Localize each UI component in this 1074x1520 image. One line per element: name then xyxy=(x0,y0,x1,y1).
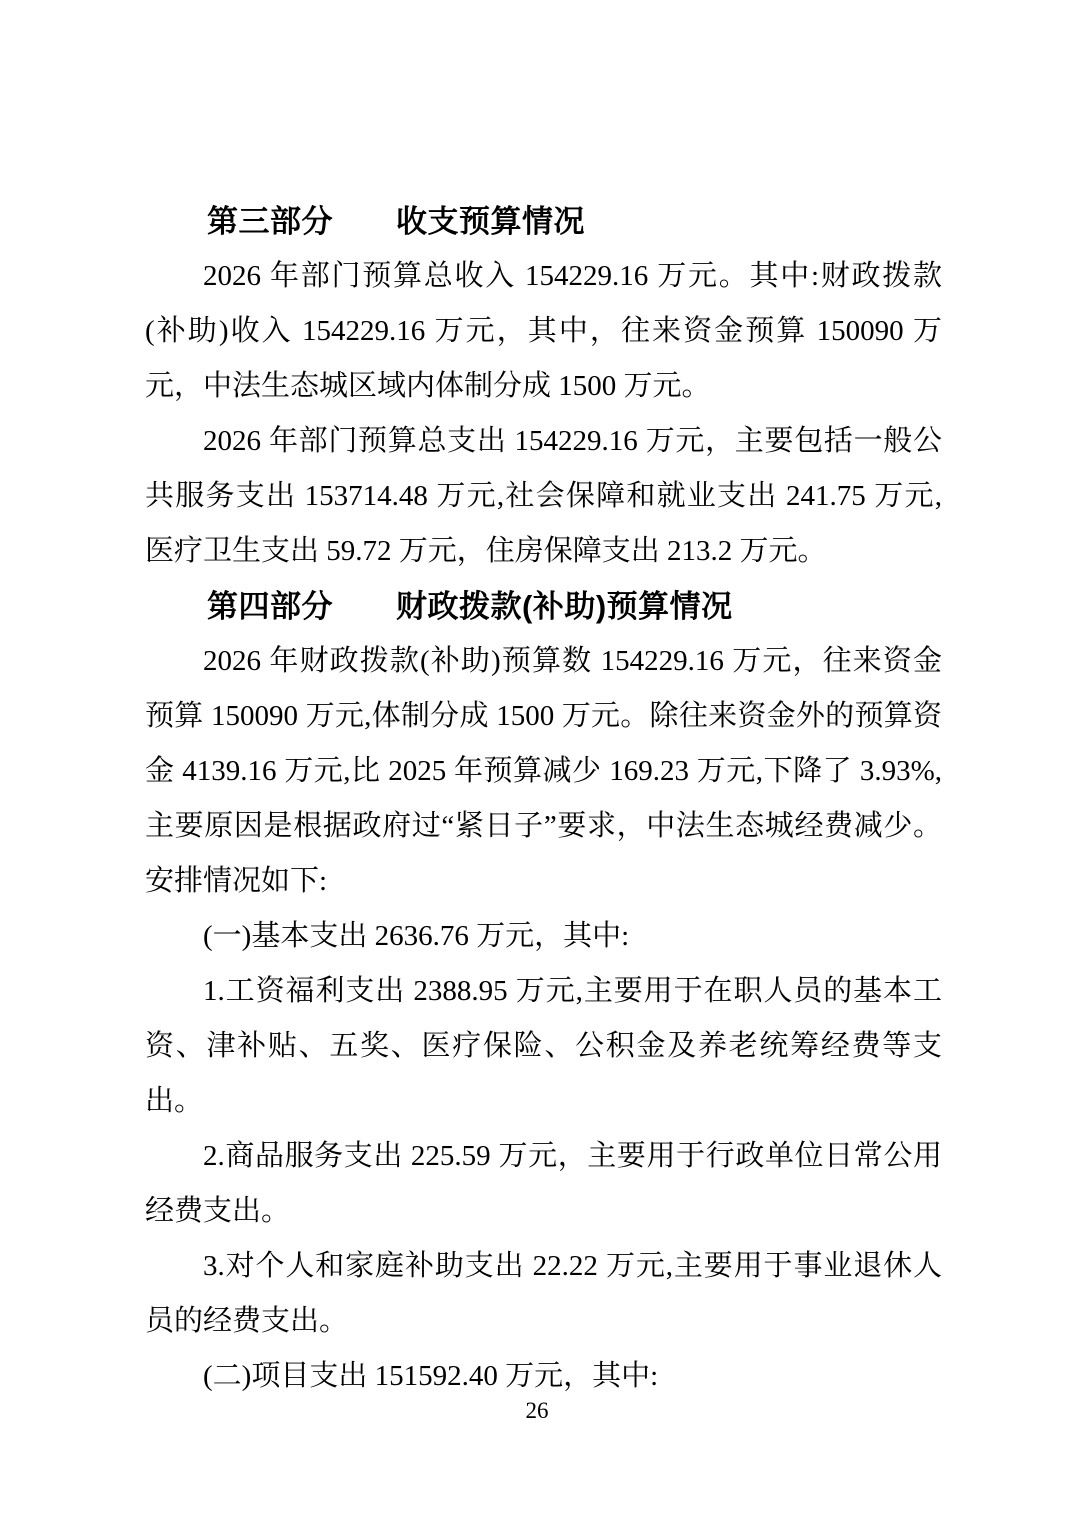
paragraph-salary-welfare-expenditure: 1.工资福利支出 2388.95 万元,主要用于在职人员的基本工资、津补贴、五奖… xyxy=(145,964,942,1129)
section-heading-part4: 第四部分 财政拨款(补助)预算情况 xyxy=(145,579,942,634)
paragraph-item-basic-expenditure: (一)基本支出 2636.76 万元，其中: xyxy=(145,909,942,964)
paragraph-fiscal-appropriation-budget: 2026 年财政拨款(补助)预算数 154229.16 万元，往来资金预算 15… xyxy=(145,634,942,909)
paragraph-goods-services-expenditure: 2.商品服务支出 225.59 万元，主要用于行政单位日常公用经费支出。 xyxy=(145,1129,942,1239)
paragraph-total-budget-expenditure: 2026 年部门预算总支出 154229.16 万元，主要包括一般公共服务支出 … xyxy=(145,414,942,579)
paragraph-item-project-expenditure: (二)项目支出 151592.40 万元，其中: xyxy=(145,1349,942,1404)
document-page: 第三部分 收支预算情况 2026 年部门预算总收入 154229.16 万元。其… xyxy=(0,0,1074,1520)
paragraph-total-budget-revenue: 2026 年部门预算总收入 154229.16 万元。其中:财政拨款(补助)收入… xyxy=(145,249,942,414)
paragraph-individual-family-subsidy: 3.对个人和家庭补助支出 22.22 万元,主要用于事业退休人员的经费支出。 xyxy=(145,1239,942,1349)
page-number: 26 xyxy=(0,1398,1074,1424)
document-body: 第三部分 收支预算情况 2026 年部门预算总收入 154229.16 万元。其… xyxy=(145,194,942,1404)
section-heading-part3: 第三部分 收支预算情况 xyxy=(145,194,942,249)
